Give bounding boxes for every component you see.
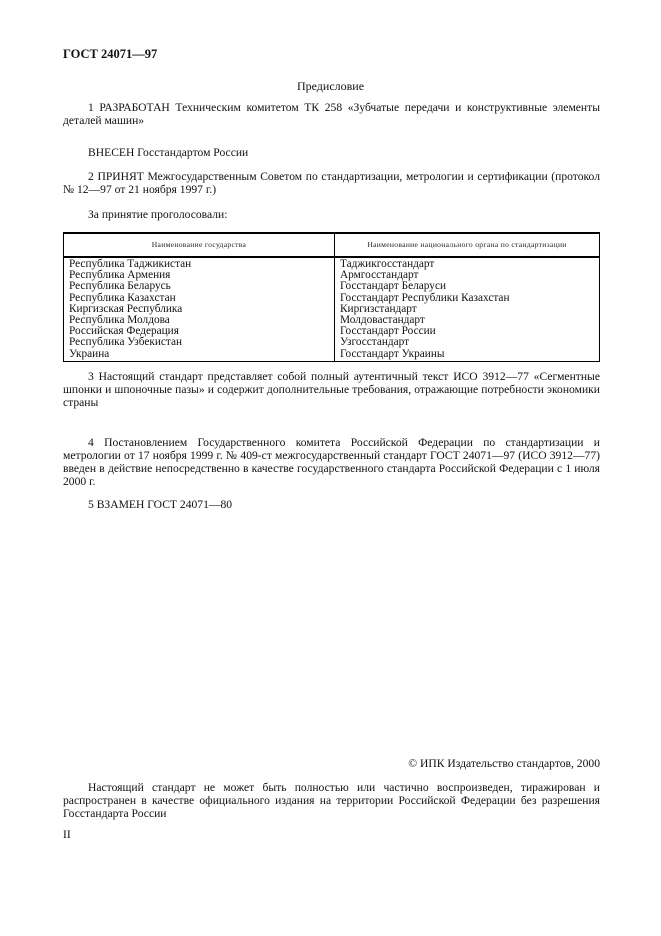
state-names-cell: Республика Таджикистан Республика Армени… [64,257,335,361]
table-body-row: Республика Таджикистан Республика Армени… [64,257,600,361]
paragraph-replaces-text: 5 ВЗАМЕН ГОСТ 24071—80 [88,498,232,511]
vote-table: Наименование государства Наименование на… [63,232,600,362]
paragraph-developed-text: 1 РАЗРАБОТАН Техническим комитетом ТК 25… [63,101,600,127]
section-title: Предисловие [0,80,661,93]
table-header-row: Наименование государства Наименование на… [64,233,600,257]
reproduction-notice: Настоящий стандарт не может быть полност… [63,781,600,820]
table-cell-state: Украина [69,349,334,360]
paragraph-enactment-text: 4 Постановлением Государственного комите… [63,436,600,488]
paragraph-developed: 1 РАЗРАБОТАН Техническим комитетом ТК 25… [63,101,600,127]
standards-body-names-cell: Таджикгосстандарт Армгосстандарт Госстан… [335,257,600,361]
paragraph-enactment: 4 Постановлением Государственного комите… [63,436,600,488]
paragraph-authentic-text: 3 Настоящий стандарт представляет собой … [63,370,600,409]
paragraph-replaces: 5 ВЗАМЕН ГОСТ 24071—80 [63,498,600,511]
column-header-standards-body: Наименование национального органа по ста… [335,233,600,257]
table-cell-standards-body: Госстандарт Украины [340,349,599,360]
copyright-notice: © ИПК Издательство стандартов, 2000 [63,757,600,770]
table-cell-state: Республика Узбекистан [69,337,334,348]
reproduction-notice-text: Настоящий стандарт не может быть полност… [63,781,600,820]
paragraph-adopted-text: 2 ПРИНЯТ Межгосударственным Советом по с… [63,170,600,196]
paragraph-adopted: 2 ПРИНЯТ Межгосударственным Советом по с… [63,170,600,196]
paragraph-introduced-text: ВНЕСЕН Госстандартом России [88,146,248,159]
paragraph-vote-intro-text: За принятие проголосовали: [88,208,227,221]
paragraph-introduced: ВНЕСЕН Госстандартом России [63,146,600,159]
paragraph-vote-intro: За принятие проголосовали: [63,208,600,221]
table-cell-standards-body: Узгосстандарт [340,337,599,348]
document-code: ГОСТ 24071—97 [63,48,157,61]
paragraph-authentic-text-body: 3 Настоящий стандарт представляет собой … [63,370,600,409]
table-cell-state: Республика Беларусь [69,281,334,292]
column-header-state: Наименование государства [64,233,335,257]
table-cell-standards-body: Госстандарт Беларуси [340,281,599,292]
page-number: II [63,828,71,841]
